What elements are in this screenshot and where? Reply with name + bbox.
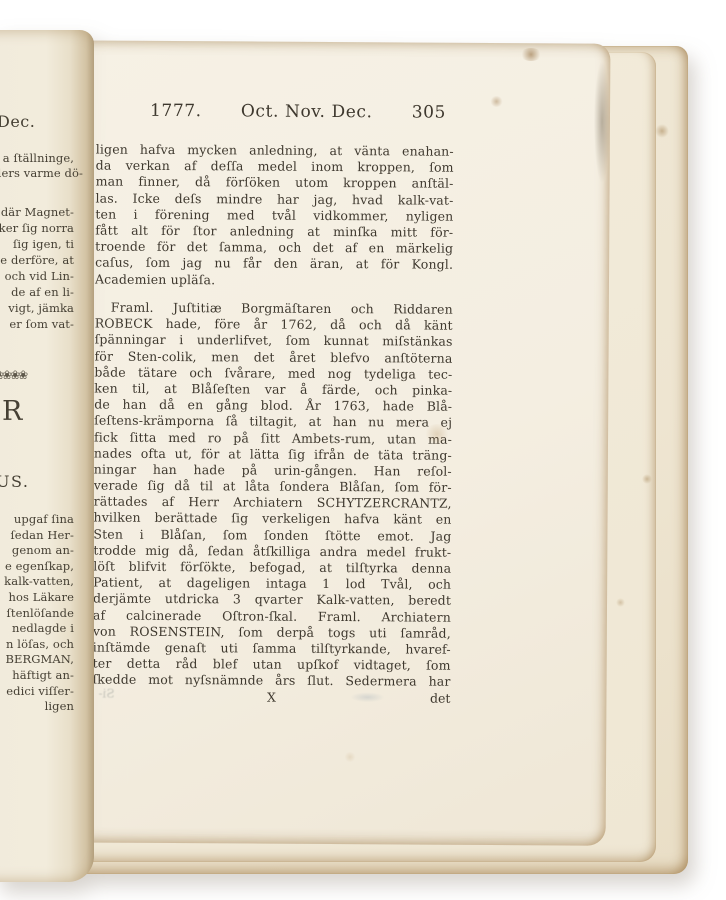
section-heading-fragment: US. xyxy=(0,472,29,491)
header-months: Oct. Nov. Dec. xyxy=(241,101,373,122)
left-text-fragments-c: upgaf ſinaſedan Her-genom an-e egenſkap,… xyxy=(0,512,74,715)
text-line-fragment: e derföre, at xyxy=(0,252,74,268)
text-line: nades ofta ut, för at lätta ſig ifrån de… xyxy=(94,445,452,463)
text-line-fragment: e egenſkap, xyxy=(0,559,74,575)
open-book-photo: 1777. Oct. Nov. Dec. 305 ligen hafva myc… xyxy=(0,0,726,900)
paragraph-1: ligen hafva mycken anledning, at vänta e… xyxy=(95,142,454,290)
header-year: 1777. xyxy=(150,101,202,121)
text-line: hvilken berättade ſig verkeligen hafva k… xyxy=(93,510,451,528)
text-line-fragment: kalk-vatten, xyxy=(0,574,74,590)
text-line-fragment: de af en li- xyxy=(0,284,74,300)
show-through-smudge xyxy=(350,692,384,702)
text-line-fragment: ders varme dö- xyxy=(0,166,74,181)
text-line-fragment: häftigt an- xyxy=(0,668,74,684)
left-page-sliver: Dec. a ſtällninge,ders varme dö- där Mag… xyxy=(0,30,94,882)
catchword: det xyxy=(430,691,451,706)
text-line: fick ſitta med ro på ſitt Ambets-rum, ut… xyxy=(94,429,452,447)
text-line-fragment: ſig igen, ti xyxy=(0,236,74,252)
text-line: ſpänningar i underlifvet, ſom kunnat miſ… xyxy=(95,332,453,350)
text-line: las. Icke deſs mindre har jag, hvad kalk… xyxy=(95,190,453,208)
text-line-fragment: ſtenlöſande xyxy=(0,606,74,622)
paragraph-2: Framl. Juſtitiæ Borgmäſtaren och Riddare… xyxy=(92,300,452,691)
text-line: för Sten-colik, men det året blefvo anſt… xyxy=(94,348,452,366)
show-through-mark: Si- xyxy=(98,687,114,701)
text-line-fragment: edici viſſer- xyxy=(0,684,74,700)
text-line-fragment: n löſas, och xyxy=(0,637,74,653)
running-header: 1777. Oct. Nov. Dec. 305 xyxy=(150,101,446,127)
text-line-fragment: a ſtällninge, xyxy=(0,151,74,166)
text-line-fragment: BERGMAN, xyxy=(0,652,74,668)
text-line-fragment: ſedan Her- xyxy=(0,528,74,544)
text-line: af calcinerade Oſtron-ſkal. Framl. Archi… xyxy=(93,607,451,625)
text-line-fragment: upgaf ſina xyxy=(0,512,74,528)
text-line: ſeſtens-krämporna ſå tiltagit, at han nu… xyxy=(94,413,452,431)
text-line: derjämte utdricka 3 qvarter Kalk-vatten,… xyxy=(93,591,451,609)
text-line: ſkedde mot nyſsnämnde års ſlut. Sedermer… xyxy=(92,672,450,690)
main-page: 1777. Oct. Nov. Dec. 305 ligen hafva myc… xyxy=(54,40,611,845)
text-line-fragment: nedlagde i xyxy=(0,621,74,637)
text-line-fragment: ligen xyxy=(0,699,74,715)
left-text-fragments-b: där Magnet-ker ſig norraſig igen, tie de… xyxy=(0,204,74,332)
gathering-signature: X xyxy=(92,689,450,706)
text-line-fragment: och vid Lin- xyxy=(0,268,74,284)
text-line: Sten i Blåſan, ſom ſonden ſtötte emot. J… xyxy=(93,526,451,544)
signature-row: X det xyxy=(92,689,450,709)
text-line-fragment: ker ſig norra xyxy=(0,220,74,236)
printer-ornament: ❀❀❀❀ xyxy=(0,368,26,382)
edge-soiling-streak xyxy=(594,62,610,182)
page-number: 305 xyxy=(412,102,446,122)
text-line: man finner, då förſöken utom kroppen anſ… xyxy=(96,174,454,192)
text-line-fragment: hos Läkare xyxy=(0,590,74,606)
section-initial-letter: R xyxy=(2,396,22,427)
left-text-fragments-a: a ſtällninge,ders varme dö- xyxy=(0,151,74,181)
text-line: caſus, ſom jag nu får den äran, at för K… xyxy=(95,255,453,273)
text-line: Academien upläſa. xyxy=(95,271,453,289)
left-running-header-fragment: Dec. xyxy=(0,112,35,131)
text-line-fragment: er ſom vat- xyxy=(0,316,74,332)
text-line-fragment: genom an- xyxy=(0,543,74,559)
text-line-fragment: vigt, jämka xyxy=(0,300,74,316)
text-line-fragment: där Magnet- xyxy=(0,204,74,220)
